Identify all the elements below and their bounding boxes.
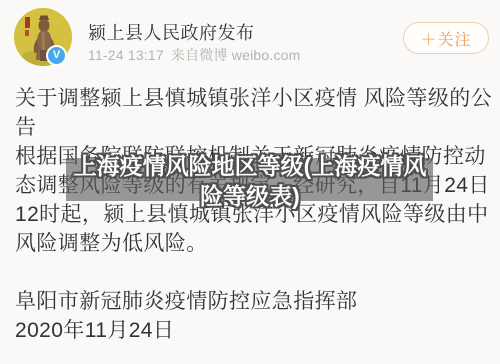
- post-paragraph-title: 关于调整颍上县慎城镇张洋小区疫情 风险等级的公 告: [15, 84, 489, 142]
- post-meta: 11-24 13:17来自微博 weibo.com: [88, 45, 301, 65]
- account-name[interactable]: 颍上县人民政府发布: [88, 19, 255, 45]
- post-text-line: 关于调整颍上县慎城镇张洋小区疫情 风险等级的公: [15, 84, 489, 113]
- watermark-text-line: 险等级表): [0, 181, 500, 211]
- post-paragraph-date: 2020年11月24日: [15, 316, 489, 345]
- post-source: 来自微博 weibo.com: [171, 47, 301, 63]
- post-paragraph-signature: 阜阳市新冠肺炎疫情防控应急指挥部: [15, 287, 489, 316]
- weibo-post-card: V 颍上县人民政府发布 11-24 13:17来自微博 weibo.com ＋关…: [0, 0, 500, 364]
- verified-badge-icon: V: [46, 45, 67, 66]
- post-timestamp: 11-24 13:17: [88, 47, 164, 63]
- post-body: 关于调整颍上县慎城镇张洋小区疫情 风险等级的公 告 根据国务院联防联控机制关于新…: [15, 84, 489, 345]
- watermark-text-line: 上海疫情风险地区等级(上海疫情风: [0, 151, 500, 181]
- post-text-line: 2020年11月24日: [15, 316, 489, 345]
- post-text-line: 风险调整为低风险。: [15, 229, 489, 258]
- follow-button[interactable]: ＋关注: [403, 22, 489, 54]
- post-text-line: 阜阳市新冠肺炎疫情防控应急指挥部: [15, 287, 489, 316]
- watermark-text: 上海疫情风险地区等级(上海疫情风 险等级表): [0, 151, 500, 211]
- post-text-line: 告: [15, 113, 489, 142]
